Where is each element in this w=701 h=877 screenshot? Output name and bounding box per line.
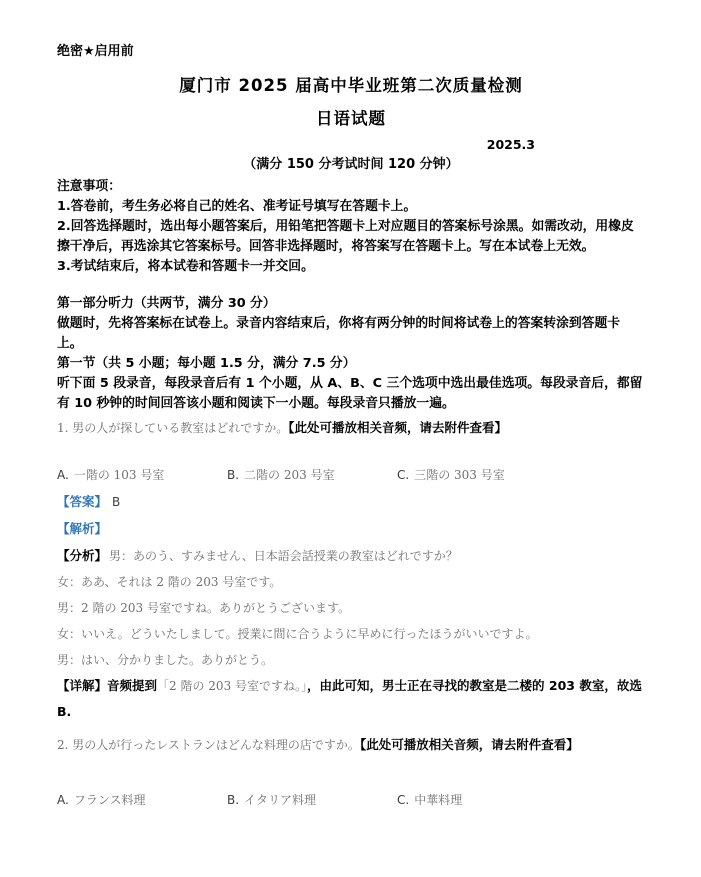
notice-item-1: 1.答卷前，考生务必将自己的姓名、准考证号填写在答题卡上。: [57, 197, 645, 217]
option-b-text: 二階の 203 号室: [244, 468, 335, 482]
option-a-label: A.: [57, 793, 69, 807]
option-c-label: C.: [397, 793, 409, 807]
exam-date: 2025.3: [57, 137, 645, 153]
dialogue-line-4: 女：いいえ。どういたしまして。授業に間に合うように早めに行ったほうがいいですよ。: [57, 621, 645, 647]
question-2-audio-note: 【此处可播放相关音频，请去附件查看】: [360, 737, 579, 752]
explain-paragraph: 【详解】音频提到「2 階の 203 号室ですね。」，由此可知，男士正在寻找的教室…: [57, 673, 645, 725]
option-a: A.一階の 103 号室: [57, 466, 227, 484]
notice-item-3: 3.考试结束后，将本试卷和答题卡一并交回。: [57, 257, 645, 277]
option-b-text: イタリア料理: [244, 793, 316, 807]
option-c-label: C.: [397, 468, 409, 482]
explain-text-2: ，由此可知，男士正在寻找的教室是二楼的 203 教室，故选: [307, 678, 642, 693]
score-duration-info: （满分 150 分考试时间 120 分钟）: [57, 156, 645, 174]
part1-description: 做题时，先将答案标在试卷上。录音内容结束后，你将有两分钟的时间将试卷上的答案转涂…: [57, 314, 645, 354]
question-2-options: A.フランス料理B.イタリア料理C.中華料理: [57, 791, 645, 809]
dialogue-line-1: 【分析】男：あのう、すみません、日本語会話授業の教室はどれですか？: [57, 543, 645, 569]
dialogue-text-1: 男：あのう、すみません、日本語会話授業の教室はどれですか？: [109, 549, 458, 563]
dialogue-line-3: 男：2 階の 203 号室ですね。ありがとうございます。: [57, 595, 645, 621]
option-a: A.フランス料理: [57, 791, 227, 809]
part1-heading: 第一部分听力（共两节，满分 30 分）: [57, 294, 645, 314]
explain-answer-line: B.: [57, 699, 645, 725]
explain-label: 【详解】: [57, 678, 107, 693]
question-1: 1. 男の人が探している教室はどれですか。【此处可播放相关音频，请去附件查看】: [57, 418, 645, 438]
question-1-audio-note: 【此处可播放相关音频，请去附件查看】: [288, 420, 507, 435]
option-a-label: A.: [57, 468, 69, 482]
jiexi-label: 【解析】: [57, 521, 107, 536]
analysis-label: 【分析】: [57, 548, 107, 563]
analysis-block: 【分析】男：あのう、すみません、日本語会話授業の教室はどれですか？ 女：ああ、そ…: [57, 543, 645, 673]
classification-label: 绝密★启用前: [57, 44, 645, 60]
option-b: B.二階の 203 号室: [227, 466, 397, 484]
option-c: C.中華料理: [397, 791, 462, 809]
option-c-text: 三階の 303 号室: [414, 468, 505, 482]
option-b: B.イタリア料理: [227, 791, 397, 809]
question-1-number: 1.: [57, 421, 68, 435]
option-c-text: 中華料理: [414, 793, 462, 807]
explain-quote: 「2 階の 203 号室ですね。」: [157, 679, 307, 693]
jiexi-heading-line: 【解析】: [57, 520, 645, 538]
dialogue-line-2: 女：ああ、それは 2 階の 203 号室です。: [57, 569, 645, 595]
question-2-number: 2.: [57, 738, 68, 752]
dialogue-line-5: 男：はい、分かりました。ありがとう。: [57, 647, 645, 673]
notice-heading: 注意事项：: [57, 177, 645, 197]
section1-heading: 第一节（共 5 小题；每小题 1.5 分，满分 7.5 分）: [57, 354, 645, 374]
question-1-options: A.一階の 103 号室B.二階の 203 号室C.三階の 303 号室: [57, 466, 645, 484]
option-b-label: B.: [227, 793, 239, 807]
option-a-text: フランス料理: [74, 793, 146, 807]
explain-text-1: 音频提到: [107, 678, 157, 693]
option-b-label: B.: [227, 468, 239, 482]
option-a-text: 一階の 103 号室: [74, 468, 165, 482]
answer-line: 【答案】B: [57, 493, 645, 511]
answer-value: B: [112, 495, 120, 509]
question-1-stem: 男の人が探している教室はどれですか。: [72, 421, 288, 435]
notice-item-2: 2.回答选择题时，选出每小题答案后，用铅笔把答题卡上对应题目的答案标号涂黑。如需…: [57, 217, 645, 257]
answer-label: 【答案】: [57, 494, 107, 509]
option-c: C.三階の 303 号室: [397, 466, 505, 484]
question-2-stem: 男の人が行ったレストランはどんな料理の店ですか。: [72, 738, 360, 752]
notice-section: 注意事项： 1.答卷前，考生务必将自己的姓名、准考证号填写在答题卡上。 2.回答…: [57, 177, 645, 277]
question-2: 2. 男の人が行ったレストランはどんな料理の店ですか。【此处可播放相关音频，请去…: [57, 735, 645, 755]
exam-paper-page: 绝密★启用前 厦门市 2025 届高中毕业班第二次质量检测 日语试题 2025.…: [0, 0, 701, 877]
exam-subject-title: 日语试题: [57, 108, 645, 130]
section1-description: 听下面 5 段录音，每段录音后有 1 个小题，从 A、B、C 三个选项中选出最佳…: [57, 374, 645, 414]
exam-title: 厦门市 2025 届高中毕业班第二次质量检测: [57, 75, 645, 97]
